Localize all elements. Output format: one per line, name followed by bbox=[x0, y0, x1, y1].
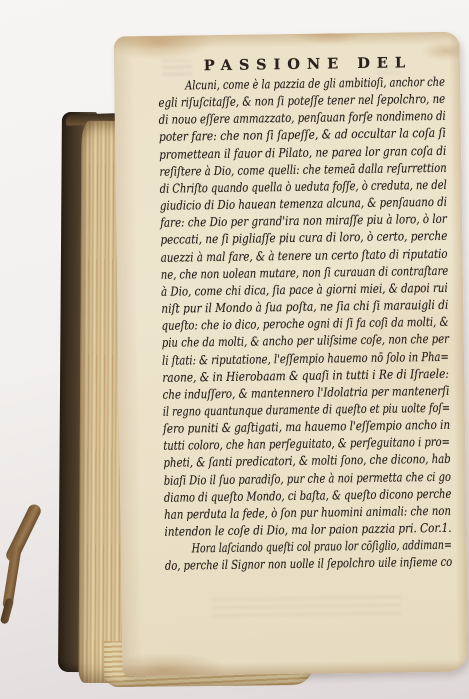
show-through bbox=[211, 592, 401, 617]
running-header: PASSIONE DEL bbox=[158, 54, 446, 75]
book-page: PASSIONE DEL Alcuni, come è la pazzia de… bbox=[114, 32, 469, 677]
text-block: Alcuni, come è la pazzia de gli ambitioſ… bbox=[158, 74, 453, 576]
text-area: PASSIONE DEL Alcuni, come è la pazzia de… bbox=[158, 54, 453, 576]
photo-background: PASSIONE DEL Alcuni, come è la pazzia de… bbox=[0, 0, 469, 699]
text-line: do, perche il Signor non uolle il ſepolc… bbox=[165, 554, 453, 575]
